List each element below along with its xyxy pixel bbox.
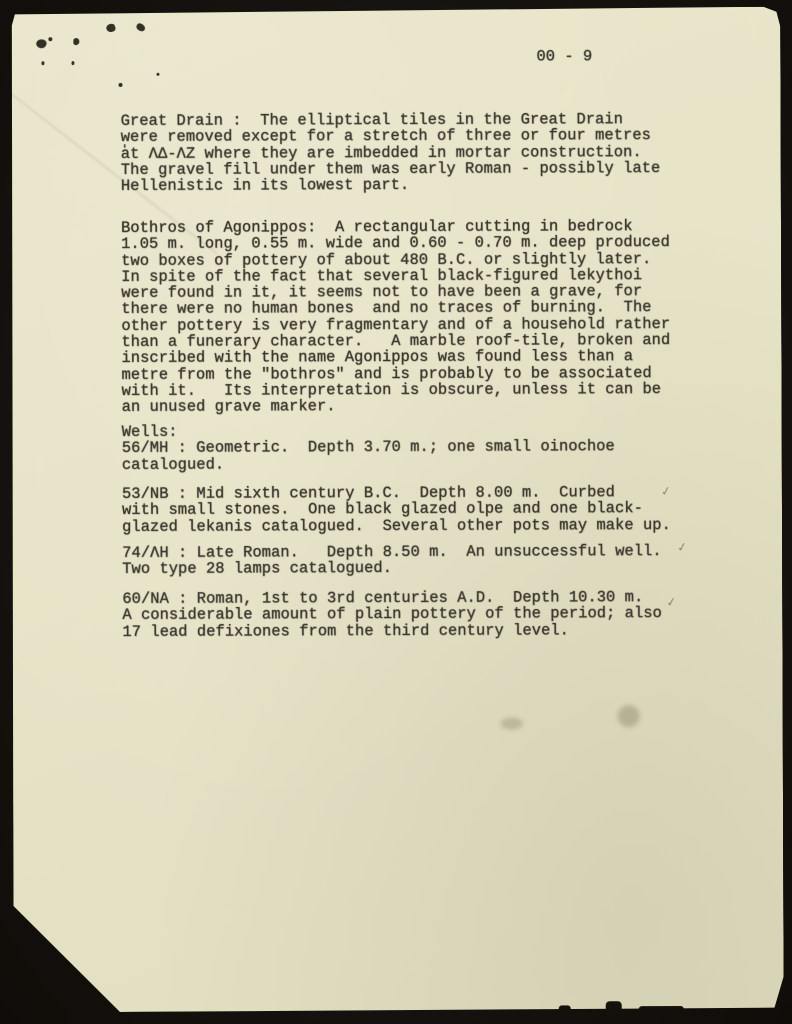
paragraph-well-53-nb: 53/NB : Mid sixth century B.C. Depth 8.0… [122, 484, 671, 535]
pencil-checkmark: ✓ [665, 594, 677, 610]
document-page: 00 - 9 Great Drain : The elliptical tile… [10, 7, 783, 1014]
ink-speck [105, 23, 116, 33]
ink-speck [73, 38, 79, 45]
paragraph-great-drain: Great Drain : The elliptical tiles in th… [121, 111, 661, 194]
edge-mark [606, 1001, 622, 1011]
ink-speck [119, 83, 123, 87]
ink-speck [41, 61, 44, 65]
scan-background: 00 - 9 Great Drain : The elliptical tile… [0, 0, 792, 1024]
pencil-checkmark: ✓ [676, 539, 688, 555]
paragraph-well-74-lh: 74/ΛH : Late Roman. Depth 8.50 m. An uns… [122, 543, 662, 577]
paragraph-bothros-of-agonippos: Bothros of Agonippos: A rectangular cutt… [121, 218, 670, 415]
ink-speck [135, 22, 146, 32]
ink-speck [35, 38, 47, 50]
smudge-stain [501, 718, 523, 730]
edge-mark [639, 1006, 684, 1011]
ink-speck [71, 61, 74, 65]
edge-mark [569, 1009, 689, 1011]
smudge-stain [618, 705, 640, 727]
page-number: 00 - 9 [536, 48, 592, 64]
ink-speck [48, 37, 52, 41]
paragraph-well-60-na: 60/NA : Roman, 1st to 3rd centuries A.D.… [122, 589, 662, 640]
ink-speck [156, 73, 159, 76]
paragraph-wells-56-mh: Wells: 56/MH : Geometric. Depth 3.70 m.;… [122, 422, 615, 473]
